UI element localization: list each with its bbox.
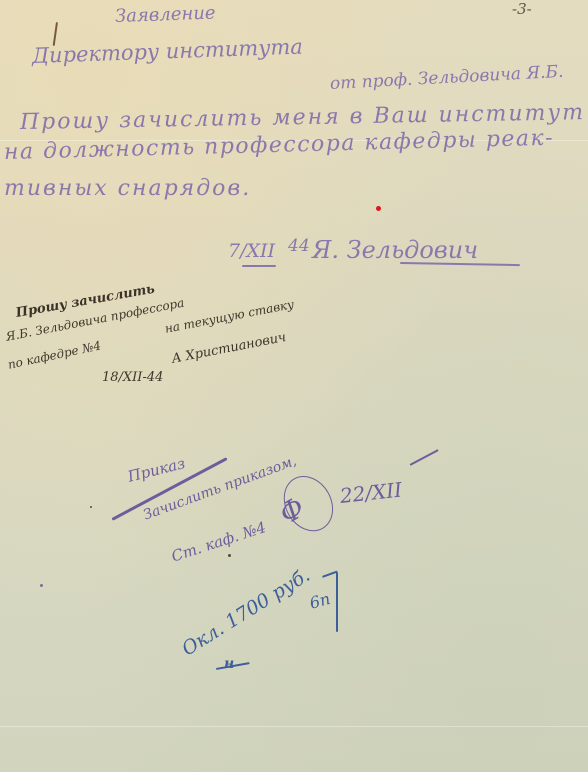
resolution-2-line-2: Ст. каф. №4 <box>169 518 268 565</box>
salary-grade: 6п <box>308 589 333 613</box>
salary-bracket-stroke <box>336 572 338 632</box>
signature-flourish <box>400 262 520 266</box>
signature-loop <box>274 467 343 540</box>
paper-fold-line <box>0 726 588 727</box>
application-signature: Я. Зельдович <box>312 236 478 264</box>
ink-speck <box>228 554 231 557</box>
resolution-1-date: 18/XII-44 <box>102 370 163 385</box>
ink-speck <box>40 584 43 587</box>
red-dot-marker <box>376 206 381 211</box>
resolution-1-signature: А Христианович <box>171 330 288 367</box>
application-heading: Заявление <box>115 2 216 26</box>
page-number: -3- <box>512 0 532 18</box>
salary-amount: Окл. 1700 руб. <box>178 564 314 660</box>
date-underline <box>242 265 276 267</box>
document-page: -3- Заявление Директору института от про… <box>0 0 588 772</box>
resolution-2-title: Приказ <box>126 454 187 486</box>
application-date: 7/XII <box>228 240 275 262</box>
application-from: от проф. Зельдовича Я.Б. <box>329 62 563 94</box>
resolution-2-date: 22/XII <box>339 478 403 508</box>
application-body-line-3: тивных снарядов. <box>4 176 251 201</box>
application-addressee: Директору института <box>32 35 304 68</box>
resolution-1-line-4: по кафедре №4 <box>7 338 103 371</box>
ink-speck <box>90 506 92 508</box>
resolution-2-date-stroke <box>410 449 439 466</box>
application-year: 44 <box>288 236 310 256</box>
